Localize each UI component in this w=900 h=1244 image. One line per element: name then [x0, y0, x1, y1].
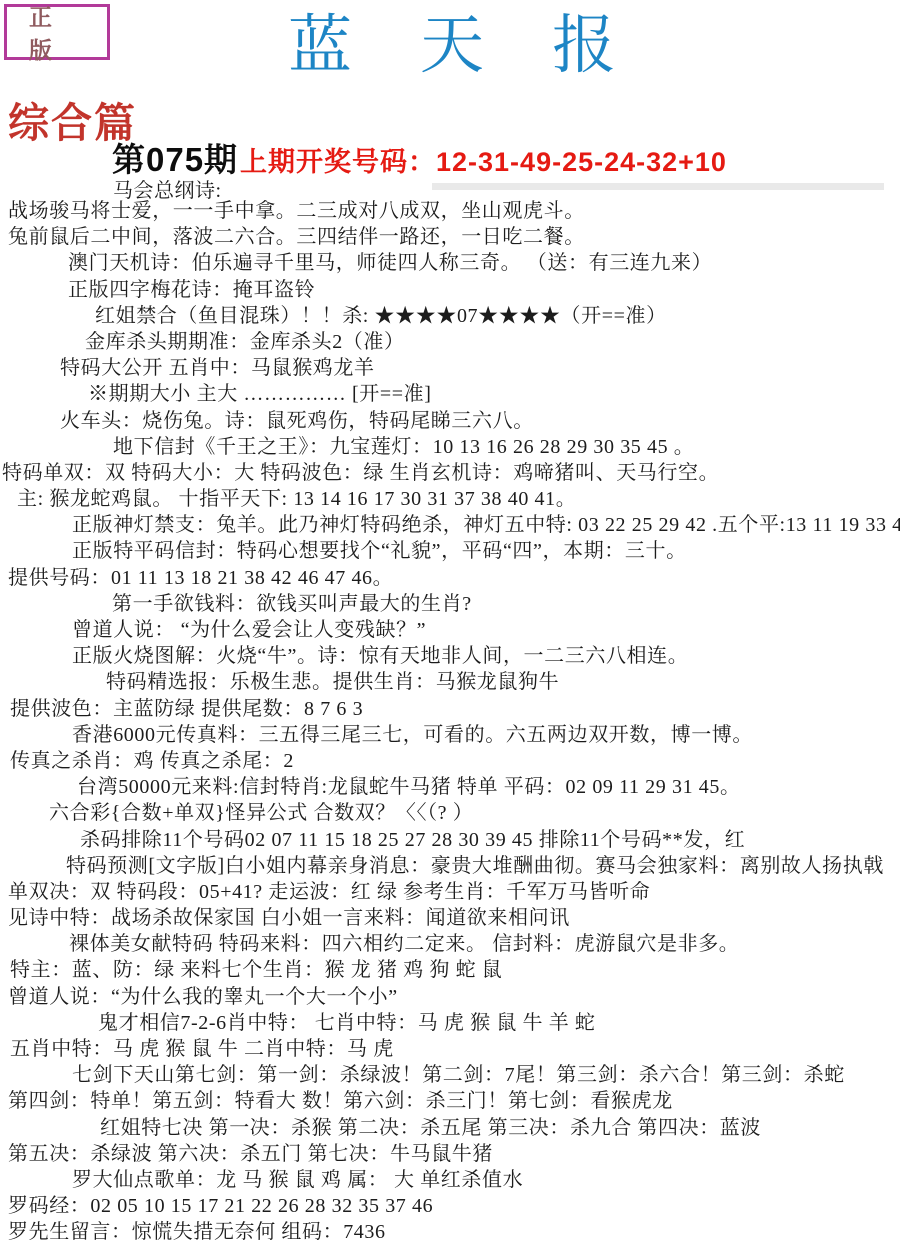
report-line-24: 六合彩{合数+单双}怪异公式 合数双？〈〈（? ） [0, 800, 900, 826]
report-line-26: 特码预测[文字版]白小姐内幕亲身消息：豪贵大堆酬曲彻。赛马会独家料：离别故人扬执… [0, 853, 900, 879]
page-title: 蓝天报 [288, 6, 684, 86]
report-line-25: 杀码排除11个号码02 07 11 15 18 25 27 28 30 39 4… [0, 827, 900, 853]
report-line-12: 主: 猴龙蛇鸡鼠。 十指平天下: 13 14 16 17 30 31 37 38… [0, 486, 900, 512]
report-line-32: 鬼才相信7-2-6肖中特： 七肖中特：马 虎 猴 鼠 牛 羊 蛇 [0, 1010, 900, 1036]
report-line-3: 澳门天机诗：伯乐遍寻千里马，师徒四人称三奇。 （送：有三连九来） [0, 250, 900, 276]
report-line-29: 裸体美女献特码 特码来料：四六相约二定来。 信封料：虎游鼠穴是非多。 [0, 931, 900, 957]
report-line-39: 罗码经：02 05 10 15 17 21 22 26 28 32 35 37 … [0, 1193, 900, 1219]
report-line-37: 第五决：杀绿波 第六决：杀五门 第七决：牛马鼠牛猪 [0, 1141, 900, 1167]
report-line-21: 香港6000元传真料：三五得三尾三七，可看的。六五两边双开数，博一博。 [0, 722, 900, 748]
report-line-40: 罗先生留言：惊慌失措无奈何 组码：7436 [0, 1219, 900, 1244]
last-draw-numbers: 上期开奖号码：12-31-49-25-24-32+10 [240, 140, 727, 179]
report-line-34: 七剑下天山第七剑：第一剑：杀绿波！第二剑：7尾！第三剑：杀六合！第三剑：杀蛇 [0, 1062, 900, 1088]
edition-badge: 正 版 [4, 4, 110, 60]
report-body: 战场骏马将士爱，一一手中拿。二三成对八成双，坐山观虎斗。兔前鼠后二中间，落波二六… [0, 198, 900, 1244]
report-line-27: 单双决：双 特码段：05+41? 走运波：红 绿 参考生肖：千军万马皆听命 [0, 879, 900, 905]
report-line-11: 特码单双：双 特码大小：大 特码波色：绿 生肖玄机诗：鸡啼猪叫、天马行空。 [0, 460, 900, 486]
report-line-4: 正版四字梅花诗：掩耳盗铃 [0, 277, 900, 303]
report-line-36: 红姐特七决 第一决：杀猴 第二决：杀五尾 第三决：杀九合 第四决：蓝波 [0, 1115, 900, 1141]
report-line-15: 提供号码：01 11 13 18 21 38 42 46 47 46。 [0, 565, 900, 591]
report-line-10: 地下信封《千王之王》：九宝莲灯：10 13 16 26 28 29 30 35 … [0, 434, 900, 460]
report-line-33: 五肖中特：马 虎 猴 鼠 牛 二肖中特：马 虎 [0, 1036, 900, 1062]
report-line-17: 曾道人说： “为什么爱会让人变残缺？” [0, 617, 900, 643]
report-line-6: 金库杀头期期准：金库杀头2（准） [0, 329, 900, 355]
report-line-22: 传真之杀肖：鸡 传真之杀尾：2 [0, 748, 900, 774]
report-line-14: 正版特平码信封：特码心想要找个“礼貌”，平码“四”，本期：三十。 [0, 538, 900, 564]
report-line-2: 兔前鼠后二中间，落波二六合。三四结伴一路还，一日吃二餐。 [0, 224, 900, 250]
edition-badge-label: 正 版 [7, 0, 107, 65]
report-line-28: 见诗中特：战场杀故保家国 白小姐一言来料：闻道欲来相问讯 [0, 905, 900, 931]
report-line-5: 红姐禁合（鱼目混珠）！！杀: ★★★★07★★★★（开==准） [0, 303, 900, 329]
report-line-1: 战场骏马将士爱，一一手中拿。二三成对八成双，坐山观虎斗。 [0, 198, 900, 224]
report-line-13: 正版神灯禁支：兔羊。此乃神灯特码绝杀，神灯五中特: 03 22 25 29 42… [0, 512, 900, 538]
report-line-18: 正版火烧图解：火烧“牛”。诗：惊有天地非人间，一二三六八相连。 [0, 643, 900, 669]
report-line-23: 台湾50000元来料:信封特肖:龙鼠蛇牛马猪 特单 平码：02 09 11 29… [0, 774, 900, 800]
scan-artifact-band [432, 183, 884, 190]
report-line-9: 火车头：烧伤兔。诗：鼠死鸡伤，特码尾睇三六八。 [0, 408, 900, 434]
report-line-8: ※期期大小 主大 …………… [开==准] [0, 381, 900, 407]
report-line-20: 提供波色：主蓝防绿 提供尾数：8 7 6 3 [0, 696, 900, 722]
report-line-19: 特码精选报：乐极生悲。提供生肖：马猴龙鼠狗牛 [0, 669, 900, 695]
report-line-38: 罗大仙点歌单：龙 马 猴 鼠 鸡 属： 大 单红杀值水 [0, 1167, 900, 1193]
report-line-31: 曾道人说：“为什么我的睾丸一个大一个小” [0, 984, 900, 1010]
report-line-16: 第一手欲钱料：欲钱买叫声最大的生肖? [0, 591, 900, 617]
report-line-30: 特主：蓝、防：绿 来料七个生肖：猴 龙 猪 鸡 狗 蛇 鼠 [0, 957, 900, 983]
report-line-35: 第四剑：特单！第五剑：特看大 数！第六剑：杀三门！第七剑：看猴虎龙 [0, 1088, 900, 1114]
report-line-7: 特码大公开 五肖中：马鼠猴鸡龙羊 [0, 355, 900, 381]
